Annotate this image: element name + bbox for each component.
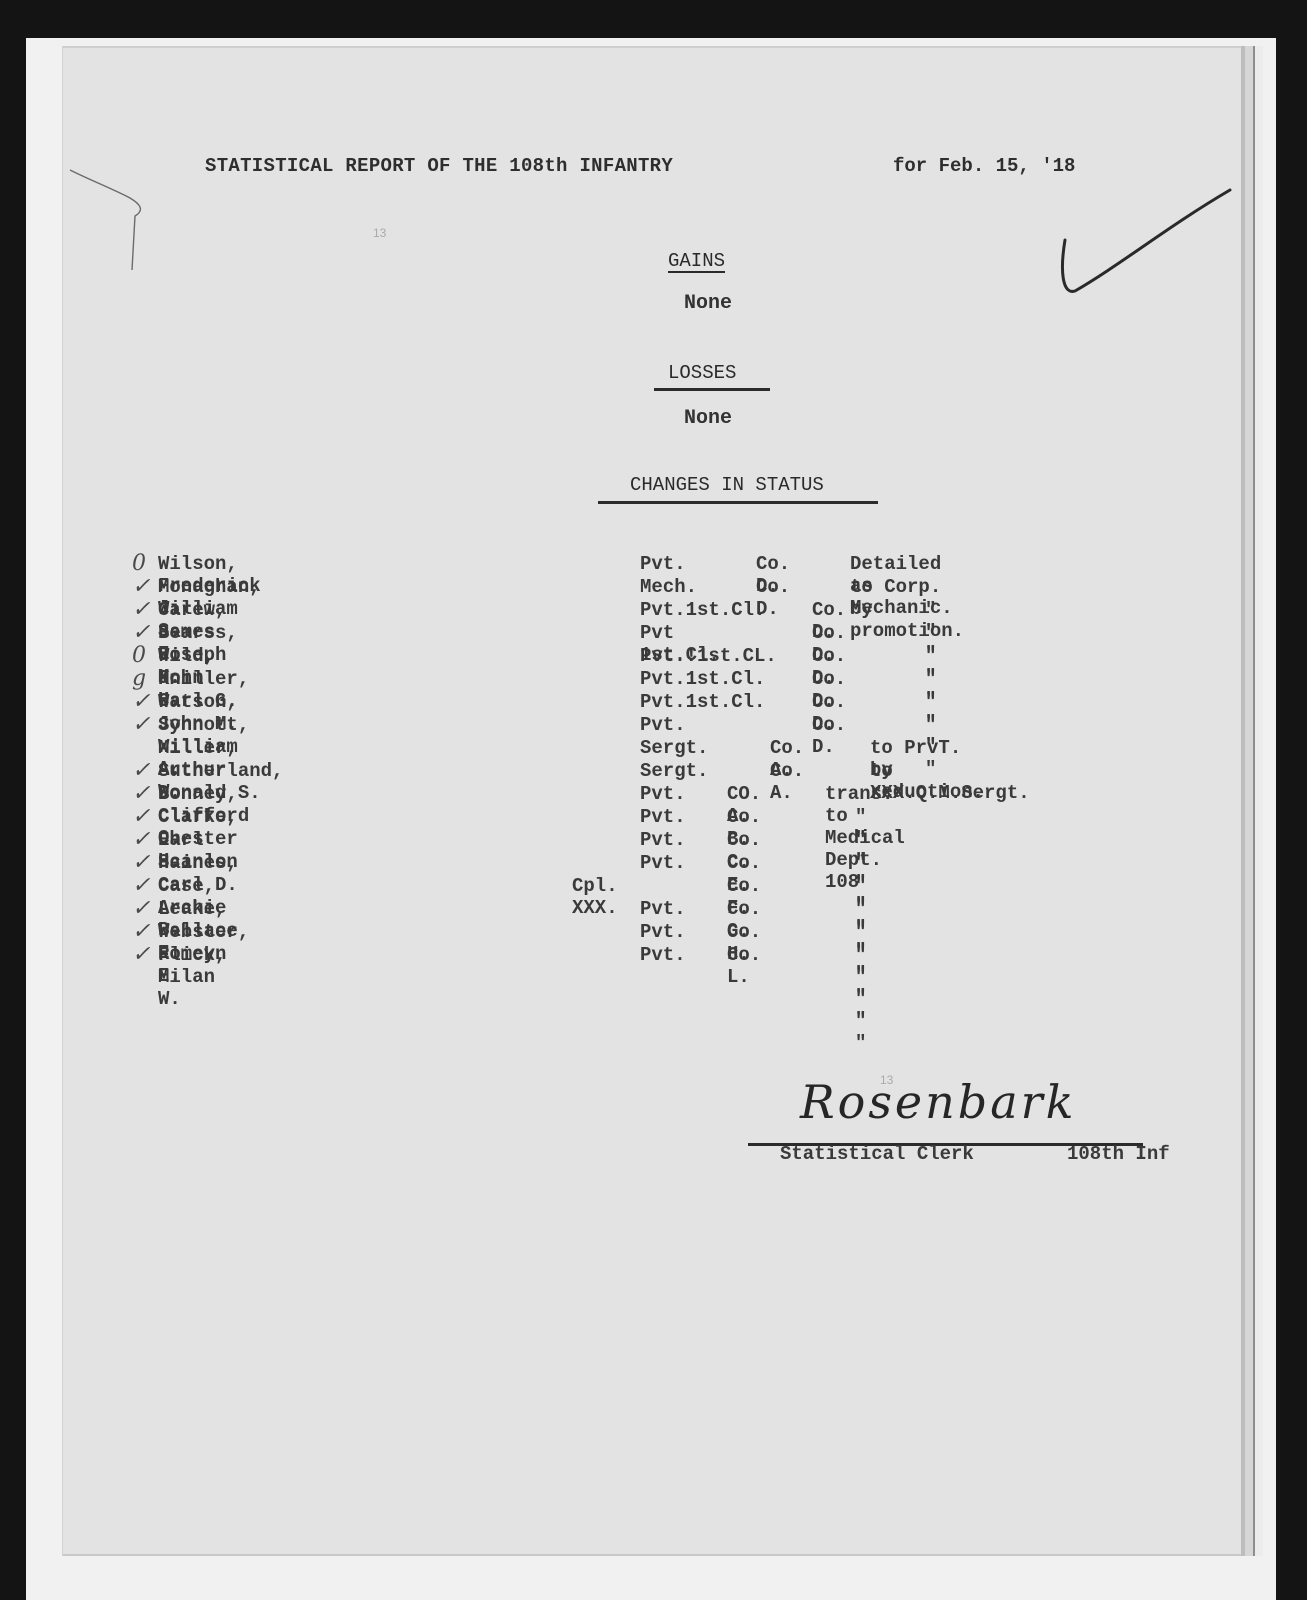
handwritten-mark-icon: ✓ (132, 758, 150, 783)
soldier-rank: Pvt. (640, 898, 686, 920)
handwritten-mark-icon: ✓ (132, 804, 150, 829)
handwritten-mark-icon: ✓ (132, 942, 150, 967)
soldier-rank: Pvt. (640, 714, 686, 736)
soldier-rank: Pvt. (640, 852, 686, 874)
soldier-rank: Pvt.1st.Cl. (640, 599, 765, 621)
losses-value: None (684, 407, 732, 430)
losses-underline (654, 388, 770, 391)
handwritten-mark-icon: ✓ (132, 712, 150, 737)
soldier-rank: Mech. (640, 576, 697, 598)
handwritten-mark-icon: ✓ (132, 620, 150, 645)
handwritten-mark-icon: ✓ (132, 896, 150, 921)
handwritten-mark-icon: ✓ (132, 574, 150, 599)
soldier-rank: Cpl. XXX. (572, 875, 618, 919)
soldier-rank: Pvt. (640, 783, 686, 805)
changes-underline (598, 501, 878, 504)
soldier-rank: Pvt. (640, 806, 686, 828)
soldier-rank: Pvt.1st.Cl. (640, 691, 765, 713)
handwritten-mark-icon: 0 (132, 643, 146, 668)
handwritten-mark-icon: ✓ (132, 689, 150, 714)
handwritten-mark-icon: ✓ (132, 919, 150, 944)
soldier-rank: Pvt. (640, 921, 686, 943)
large-checkmark-icon (1060, 185, 1240, 345)
handwritten-signature: Rosenbark (800, 1075, 1077, 1129)
handwritten-mark-icon: ✓ (132, 597, 150, 622)
soldier-company: Co. L. (727, 944, 761, 988)
gains-value: None (684, 292, 732, 315)
handwritten-mark-icon: ✓ (132, 781, 150, 806)
soldier-rank: Pvt. (640, 829, 686, 851)
status-action: to Corp. by promotion. (850, 576, 964, 642)
soldier-rank: Pvt.!1st.CL. (640, 645, 777, 667)
status-action: " " " " " (855, 944, 866, 1054)
signature-unit: 108th Inf (1067, 1143, 1170, 1165)
soldier-rank: Sergt. (640, 737, 708, 759)
soldier-company: Co. D. (812, 714, 846, 758)
soldier-rank: Sergt. (640, 760, 708, 782)
signature-title: Statistical Clerk (780, 1143, 974, 1165)
handwritten-mark-icon: ✓ (132, 827, 150, 852)
gains-heading: GAINS (668, 250, 725, 272)
soldier-rank: Pvt.1st.Cl. (640, 668, 765, 690)
soldier-rank: Pvt. (640, 944, 686, 966)
soldier-name: Flick, Milan W. (158, 944, 226, 1010)
handwritten-mark-icon: g (132, 666, 146, 691)
pencil-scribble-icon (60, 150, 180, 290)
handwritten-mark-icon: ✓ (132, 850, 150, 875)
losses-heading: LOSSES (668, 362, 736, 384)
soldier-company: Co. A. (770, 760, 804, 804)
page-stamp: 13 (373, 226, 386, 240)
handwritten-mark-icon: 0 (132, 551, 146, 576)
report-date: for Feb. 15, '18 (893, 155, 1075, 177)
handwritten-mark-icon: ✓ (132, 873, 150, 898)
soldier-rank: Pvt. (640, 553, 686, 575)
report-title: STATISTICAL REPORT OF THE 108th INFANTRY (205, 155, 673, 177)
changes-heading: CHANGES IN STATUS (630, 474, 824, 496)
